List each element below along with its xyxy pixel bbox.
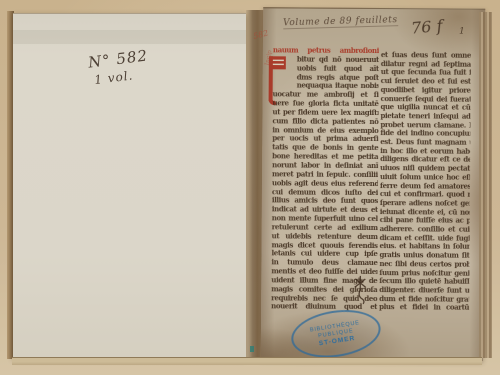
folio-number: 1 [459, 27, 465, 37]
page-discoloration-band [13, 30, 246, 44]
book-bottom-edge [12, 357, 482, 365]
margin-shelfmark-red: 582 [252, 29, 269, 41]
library-stamp: BIBLIOTHÈQUE PUBLIQUE ST-OMER [288, 304, 384, 363]
manuscript-text-line: nauum petrus ambroſioni [273, 46, 379, 56]
marginal-nota-mark-icon [353, 275, 369, 305]
foliation-annotation: Volume de 89 feuillets [283, 15, 398, 29]
shelfmark-annotation: N° 582 1 vol. [87, 46, 151, 87]
manuscript-page: Volume de 89 feuillets 76 f 1 582 Incip … [261, 7, 485, 361]
ink-speck [250, 346, 254, 352]
page-fore-edges [479, 12, 492, 358]
left-flyleaf-page: N° 582 1 vol. [13, 13, 246, 358]
text-column-left: nauum petrus ambroſionibitur qd nō nouer… [271, 46, 379, 312]
manuscript-text-line: plus et fidei in coartū [379, 303, 469, 312]
folio-count-note: 76 f [410, 16, 443, 37]
text-column-right: et ſuas deus ſunt omnedilatur regni ad ſ… [379, 51, 471, 313]
manuscript-photo: N° 582 1 vol. Volume de 89 feuillets 76 … [0, 0, 500, 375]
